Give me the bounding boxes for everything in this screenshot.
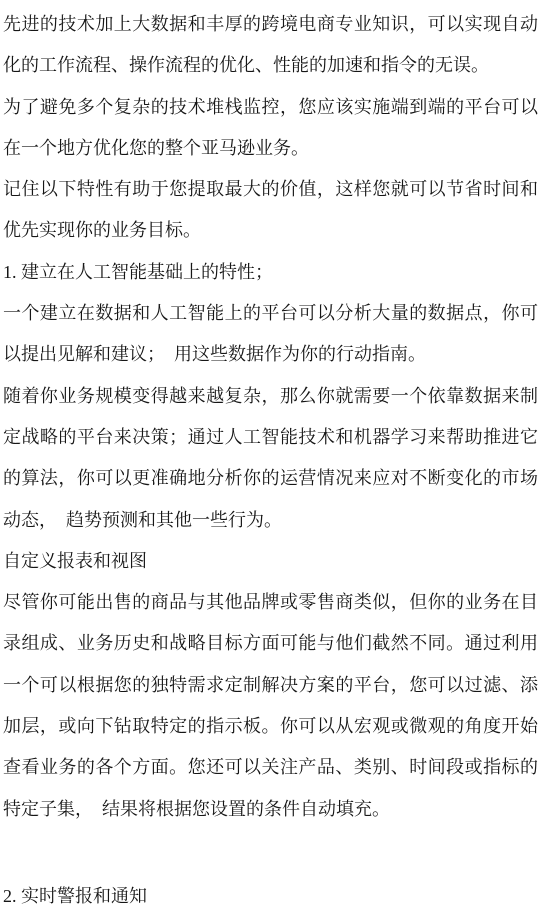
text-line: 自定义报表和视图	[3, 541, 538, 582]
text-line: 以提出见解和建议； 用这些数据作为你的行动指南。	[3, 334, 538, 375]
text-line: 随着你业务规模变得越来越复杂，那么你就需要一个依靠数据来制	[3, 376, 538, 417]
text-line: 优先实现你的业务目标。	[3, 210, 538, 251]
text-line: 一个建立在数据和人工智能上的平台可以分析大量的数据点，你可	[3, 293, 538, 334]
document-body: 先进的技术加上大数据和丰厚的跨境电商专业知识，可以实现自动化的工作流程、操作流程…	[0, 0, 541, 917]
text-line: 化的工作流程、操作流程的优化、性能的加速和指令的无误。	[3, 45, 538, 86]
document-page: { "colors": { "background": "#ffffff", "…	[0, 0, 541, 917]
text-line: 1. 建立在人工智能基础上的特性；	[3, 252, 538, 293]
text-line: 定战略的平台来决策；通过人工智能技术和机器学习来帮助推进它	[3, 417, 538, 458]
document-lines: 先进的技术加上大数据和丰厚的跨境电商专业知识，可以实现自动化的工作流程、操作流程…	[3, 4, 538, 917]
text-line: 2. 实时警报和通知	[3, 876, 538, 917]
text-line: 一个可以根据您的独特需求定制解决方案的平台，您可以过滤、添	[3, 665, 538, 706]
text-line: 先进的技术加上大数据和丰厚的跨境电商专业知识，可以实现自动	[3, 4, 538, 45]
text-line: 特定子集， 结果将根据您设置的条件自动填充。	[3, 789, 538, 830]
blank-line	[3, 830, 538, 876]
text-line: 记住以下特性有助于您提取最大的价值，这样您就可以节省时间和	[3, 169, 538, 210]
text-line: 录组成、业务历史和战略目标方面可能与他们截然不同。通过利用	[3, 623, 538, 664]
text-line: 查看业务的各个方面。您还可以关注产品、类别、时间段或指标的	[3, 747, 538, 788]
text-line: 的算法，你可以更准确地分析你的运营情况来应对不断变化的市场	[3, 458, 538, 499]
text-line: 加层，或向下钻取特定的指示板。你可以从宏观或微观的角度开始	[3, 706, 538, 747]
text-line: 尽管你可能出售的商品与其他品牌或零售商类似，但你的业务在目	[3, 582, 538, 623]
text-line: 动态， 趋势预测和其他一些行为。	[3, 500, 538, 541]
text-line: 在一个地方优化您的整个亚马逊业务。	[3, 128, 538, 169]
text-line: 为了避免多个复杂的技术堆栈监控，您应该实施端到端的平台可以	[3, 87, 538, 128]
